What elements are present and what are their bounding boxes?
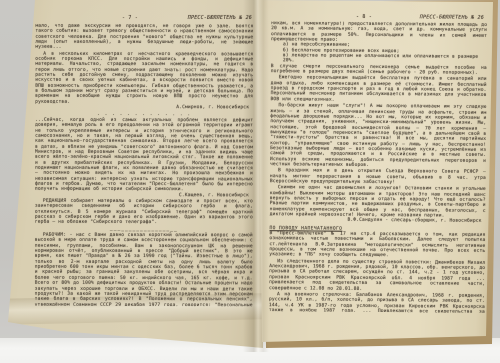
left-page-number: - 7 - bbox=[122, 15, 138, 21]
text-divider: __________________ bbox=[35, 226, 253, 232]
paragraph: В "Пресс-бюллетене" № 17 на стр.4 расска… bbox=[269, 231, 485, 259]
paragraph: Ежегодно персональщикам выдаётся бесплат… bbox=[271, 76, 487, 104]
signature-line: С.Кащеев, г. Новосибирск bbox=[35, 192, 253, 198]
right-page-number: - 8 - bbox=[356, 14, 372, 20]
paragraph: РЕДАКЦИЯ собирает материалы о сибирском … bbox=[35, 199, 253, 226]
paragraph: ...Сейчас, когда одной из самых актуальн… bbox=[35, 118, 253, 193]
signature-line: В.Ф.Сандулян - слесарь-сборщик, г. Новос… bbox=[270, 218, 486, 225]
paragraph: А в нескольких километрах от несчастного… bbox=[35, 51, 253, 105]
paragraph: Из следственного дела по существу строев… bbox=[269, 259, 485, 293]
paragraph: Снимем не один час двоемыслия и лозунгов… bbox=[270, 185, 486, 219]
signature-line: А.Смирнов, г. Новосибирск bbox=[35, 105, 253, 111]
text-divider: . . . . . . . . . . . . . bbox=[35, 111, 253, 117]
paragraph: РАБОЧИМ: - нас с Вами давно связал корот… bbox=[35, 233, 253, 307]
left-page-body: мало, что даже экскурсии не проводятся, … bbox=[35, 24, 254, 307]
right-page-body: никам, вся номенклатура!) предоставляетс… bbox=[269, 21, 487, 313]
right-bulletin-title: ПРЕСС-БЮЛЛЕТЕНЬ № 26 bbox=[420, 14, 484, 20]
paragraph: А на военного стрелочка: Балабанов Алекс… bbox=[269, 292, 485, 313]
left-page-header: - 7 - ПРЕСС-БЮЛЛЕТЕНЬ № 26 bbox=[36, 15, 252, 21]
paragraph: никам, вся номенклатура!) предоставляетс… bbox=[271, 21, 487, 44]
paragraph: мало, что даже экскурсии не проводятся, … bbox=[35, 24, 253, 51]
paragraph: В праздник мая и в день открытия Съезда … bbox=[270, 168, 486, 186]
paragraph: По-барски живут наши "слуги"! А мы покор… bbox=[270, 103, 486, 169]
left-bulletin-title: ПРЕСС-БЮЛЛЕТЕНЬ № 26 bbox=[188, 15, 252, 21]
